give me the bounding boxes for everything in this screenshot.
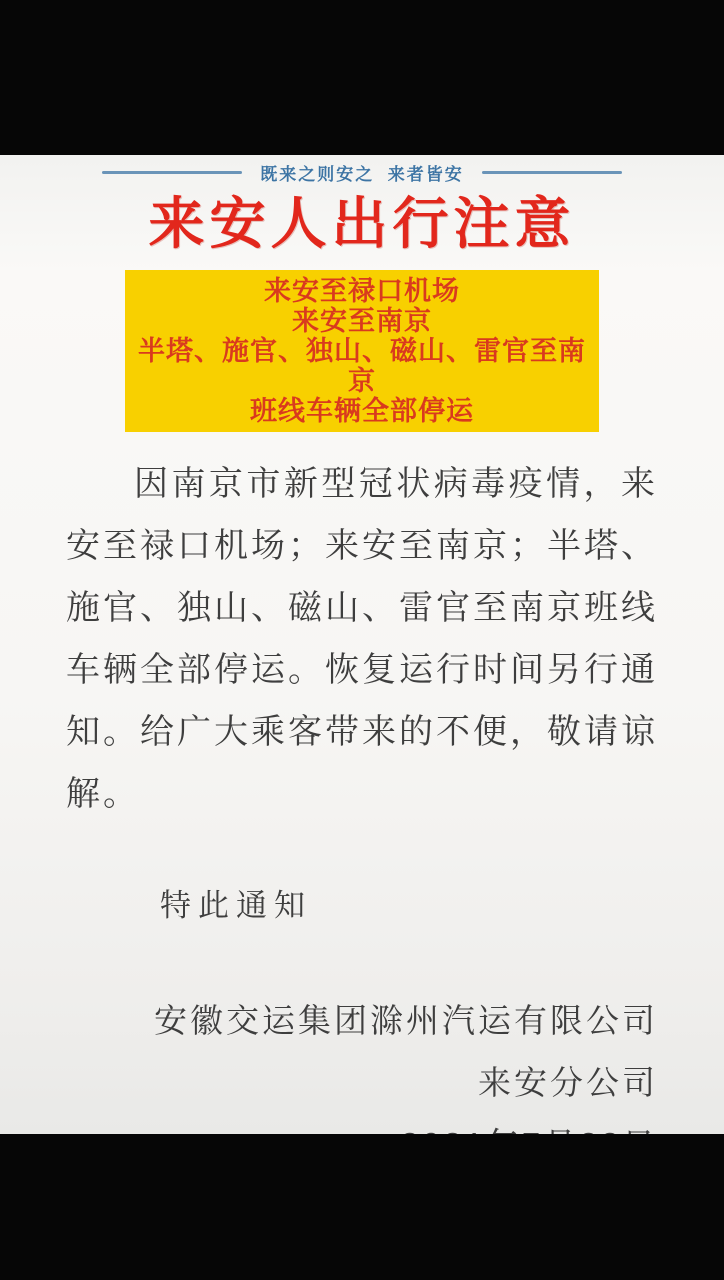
banner-line-townships: 半塔、施官、独山、磁山、雷官至南京 bbox=[125, 336, 599, 396]
signature-block: 安徽交运集团滁州汽运有限公司 来安分公司 2021年7月22日 bbox=[0, 990, 724, 1134]
motto-row: 既来之则安之 来者皆安 bbox=[0, 155, 724, 185]
letterbox-top bbox=[0, 0, 724, 155]
notice-sheet: 既来之则安之 来者皆安 来安人出行注意 来安至禄口机场 来安至南京 半塔、施官、… bbox=[0, 155, 724, 1134]
notice-body: 因南京市新型冠状病毒疫情，来安至禄口机场；来安至南京；半塔、施官、独山、磁山、雷… bbox=[66, 453, 658, 825]
video-frame: 既来之则安之 来者皆安 来安人出行注意 来安至禄口机场 来安至南京 半塔、施官、… bbox=[0, 0, 724, 1280]
signature-date: 2021年7月22日 bbox=[0, 1114, 658, 1134]
henceforth-note: 特此通知 bbox=[0, 875, 724, 937]
banner-line-nanjing: 来安至南京 bbox=[125, 306, 599, 336]
motto-divider-right bbox=[482, 171, 622, 174]
suspended-routes-banner: 来安至禄口机场 来安至南京 半塔、施官、独山、磁山、雷官至南京 班线车辆全部停运 bbox=[125, 270, 599, 432]
motto-text: 既来之则安之 来者皆安 bbox=[260, 160, 463, 185]
signature-branch: 来安分公司 bbox=[0, 1052, 658, 1114]
letterbox-bottom bbox=[0, 1134, 724, 1280]
signature-company: 安徽交运集团滁州汽运有限公司 bbox=[0, 990, 658, 1052]
banner-line-suspension: 班线车辆全部停运 bbox=[125, 396, 599, 426]
notice-title: 来安人出行注意 bbox=[0, 192, 724, 256]
motto-divider-left bbox=[102, 171, 242, 174]
banner-line-airport: 来安至禄口机场 bbox=[125, 276, 599, 306]
